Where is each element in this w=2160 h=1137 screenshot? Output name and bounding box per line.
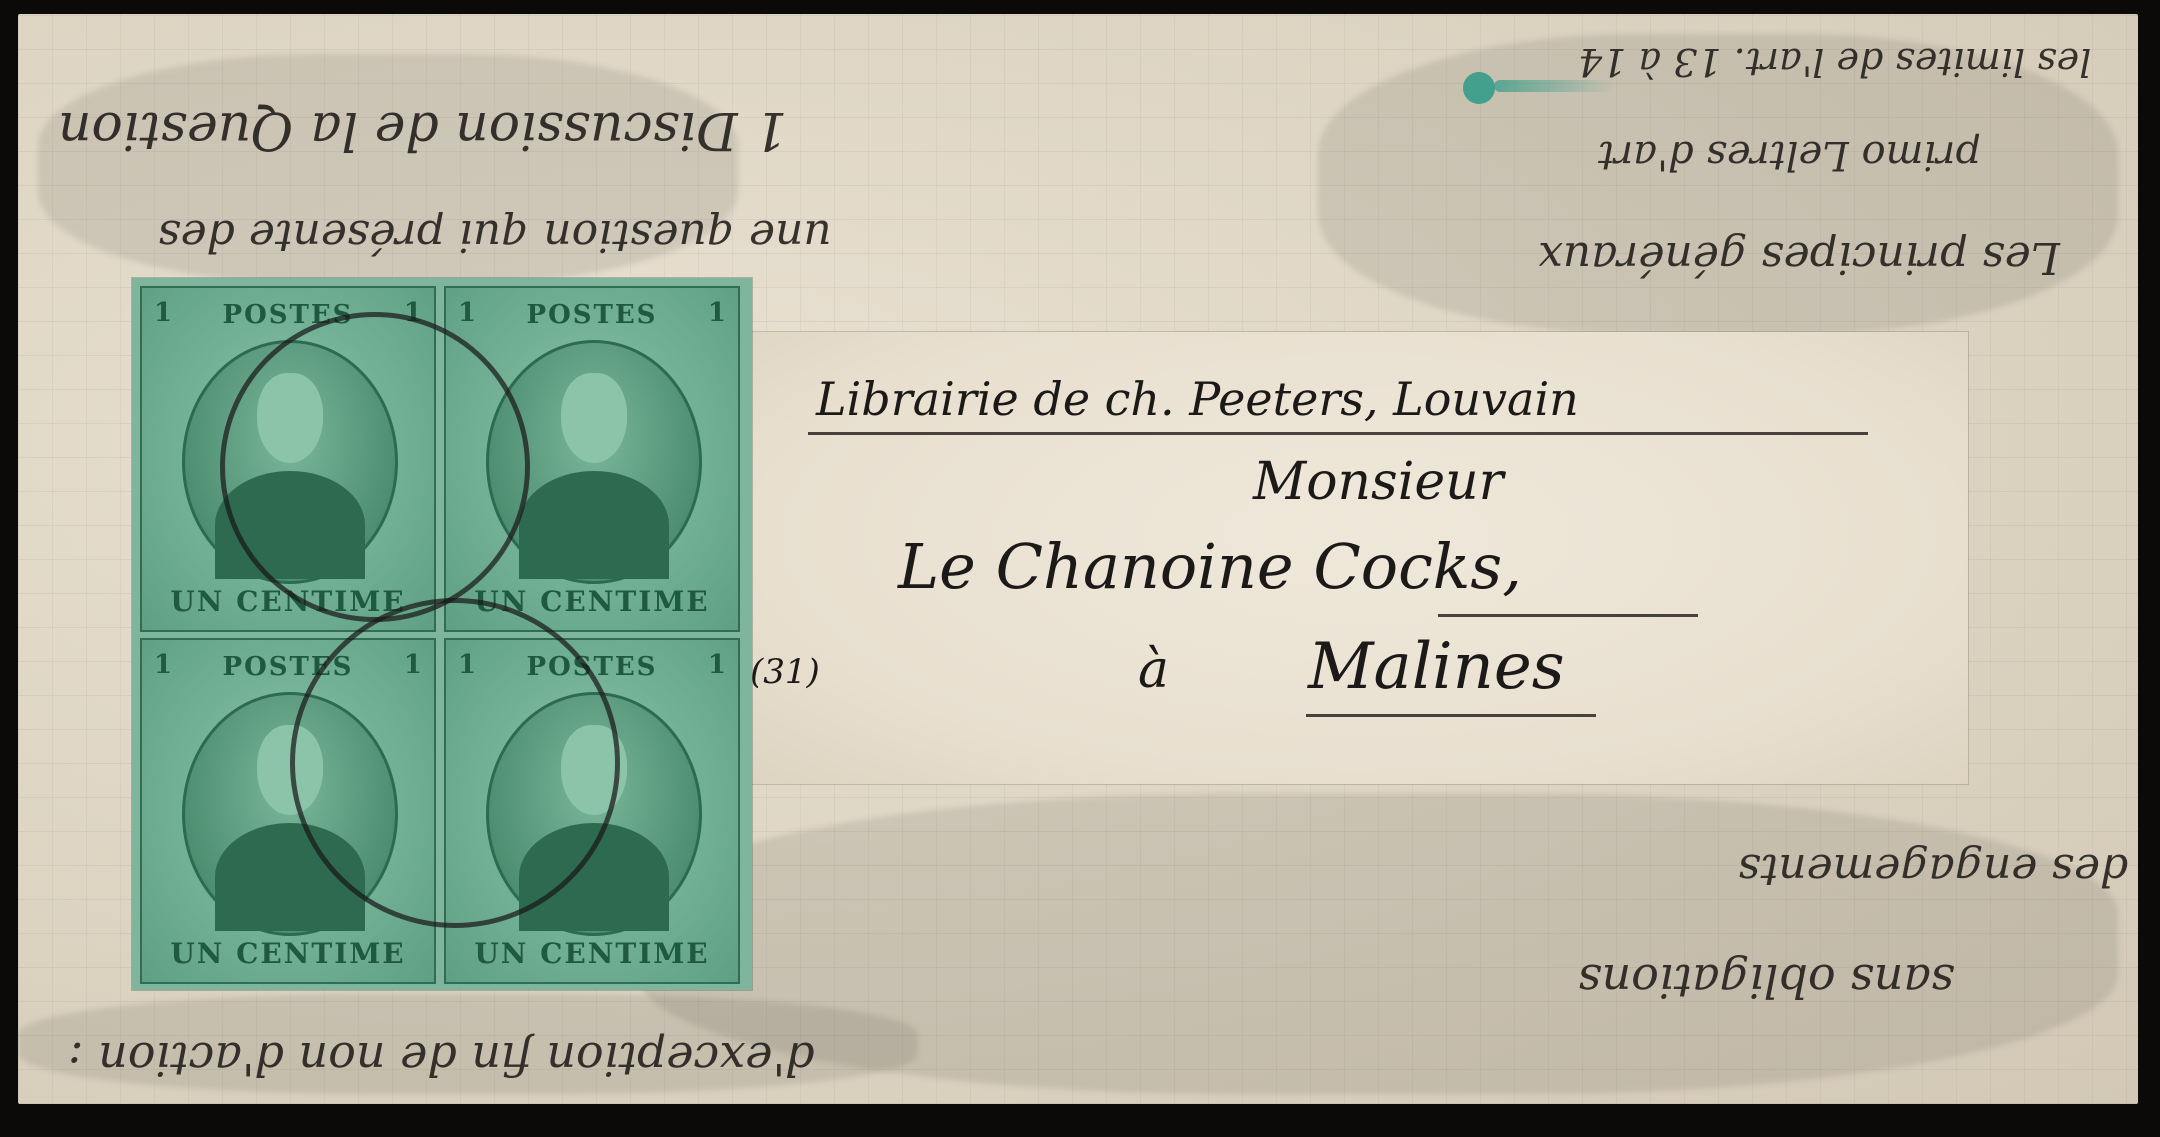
destination-prefix: à	[1138, 640, 1169, 700]
addressee: Le Chanoine Cocks,	[898, 530, 1522, 603]
sender-line: Librairie de ch. Peeters, Louvain	[816, 372, 1579, 426]
teal-ink-trail	[1494, 80, 1614, 92]
stamp-bottom-text: UN CENTIME	[446, 937, 738, 970]
portrait-coat	[519, 471, 669, 579]
manuscript-line: une question qui présente des	[158, 210, 832, 261]
destination: Malines	[1308, 630, 1565, 704]
manuscript-line: primo Leltres d'art	[1598, 132, 1981, 178]
teal-ink-mark	[1463, 72, 1495, 104]
manuscript-line: des engagements	[1738, 844, 2128, 895]
manuscript-line: 1 Discussion de la Question	[58, 100, 787, 160]
manuscript-line: d'exception fin de non d'action :	[68, 1032, 815, 1086]
stamp-top-text: POSTES	[446, 300, 738, 330]
manuscript-line: sans obligations	[1578, 954, 1954, 1008]
postmark-cancel	[290, 598, 620, 928]
stamp-block: 1 1 POSTES UN CENTIME 1 1 POSTES UN CENT…	[132, 278, 752, 990]
postmark-cancel	[220, 312, 530, 622]
reference-mark: (31)	[750, 652, 820, 692]
sender-underline	[808, 432, 1868, 435]
addressee-underline	[1438, 614, 1698, 617]
manuscript-line: Les principes généraux	[1538, 232, 2060, 283]
manuscript-line: les limites de l'art. 13 à 14	[1578, 40, 2091, 84]
destination-underline	[1306, 714, 1596, 717]
address-label: Librairie de ch. Peeters, Louvain Monsie…	[748, 332, 1968, 784]
salutation: Monsieur	[1253, 452, 1503, 512]
stamp-bottom-text: UN CENTIME	[142, 937, 434, 970]
portrait-face	[561, 373, 627, 463]
